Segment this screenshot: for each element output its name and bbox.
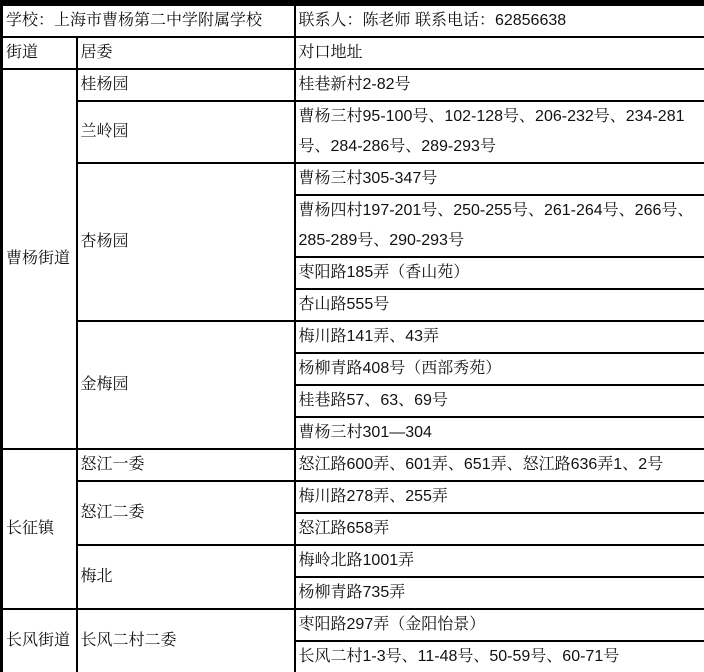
committee-cell: 怒江二委 bbox=[77, 481, 295, 545]
address-cell: 曹杨三村95-100号、102-128号、206-232号、234-281号、2… bbox=[295, 101, 704, 163]
address-cell: 梅川路141弄、43弄 bbox=[295, 321, 704, 353]
address-cell: 梅岭北路1001弄 bbox=[295, 545, 704, 577]
column-header-committee: 居委 bbox=[77, 37, 295, 69]
school-name-cell: 学校：上海市曹杨第二中学附属学校 bbox=[2, 3, 295, 37]
address-cell: 梅川路278弄、255弄 bbox=[295, 481, 704, 513]
table-row: 曹杨街道桂杨园桂巷新村2-82号 bbox=[2, 69, 704, 101]
table-row: 长风街道长风二村二委枣阳路297弄（金阳怡景） bbox=[2, 609, 704, 641]
column-header-street: 街道 bbox=[2, 37, 77, 69]
address-cell: 曹杨三村301—304 bbox=[295, 417, 704, 449]
committee-cell: 杏杨园 bbox=[77, 163, 295, 321]
contact-cell: 联系人：陈老师 联系电话：62856638 bbox=[295, 3, 704, 37]
street-cell: 长征镇 bbox=[2, 449, 77, 609]
committee-cell: 桂杨园 bbox=[77, 69, 295, 101]
committee-cell: 怒江一委 bbox=[77, 449, 295, 481]
address-cell: 杨柳青路408号（西部秀苑） bbox=[295, 353, 704, 385]
address-cell: 曹杨三村305-347号 bbox=[295, 163, 704, 195]
address-cell: 枣阳路297弄（金阳怡景） bbox=[295, 609, 704, 641]
committee-cell: 金梅园 bbox=[77, 321, 295, 449]
column-header-row: 街道 居委 对口地址 bbox=[2, 37, 704, 69]
address-cell: 长风二村1-3号、11-48号、50-59号、60-71号 bbox=[295, 641, 704, 672]
committee-cell: 长风二村二委 bbox=[77, 609, 295, 672]
table-row: 金梅园梅川路141弄、43弄 bbox=[2, 321, 704, 353]
address-cell: 怒江路600弄、601弄、651弄、怒江路636弄1、2号 bbox=[295, 449, 704, 481]
address-cell: 枣阳路185弄（香山苑） bbox=[295, 257, 704, 289]
street-cell: 曹杨街道 bbox=[2, 69, 77, 449]
address-cell: 桂巷路57、63、69号 bbox=[295, 385, 704, 417]
address-cell: 曹杨四村197-201号、250-255号、261-264号、266号、285-… bbox=[295, 195, 704, 257]
info-row: 学校：上海市曹杨第二中学附属学校 联系人：陈老师 联系电话：62856638 bbox=[2, 3, 704, 37]
address-cell: 怒江路658弄 bbox=[295, 513, 704, 545]
table-body: 学校：上海市曹杨第二中学附属学校 联系人：陈老师 联系电话：62856638 街… bbox=[2, 3, 704, 672]
address-cell: 桂巷新村2-82号 bbox=[295, 69, 704, 101]
address-cell: 杏山路555号 bbox=[295, 289, 704, 321]
table-row: 怒江二委梅川路278弄、255弄 bbox=[2, 481, 704, 513]
column-header-address: 对口地址 bbox=[295, 37, 704, 69]
committee-cell: 梅北 bbox=[77, 545, 295, 609]
address-cell: 杨柳青路735弄 bbox=[295, 577, 704, 609]
table-row: 兰岭园曹杨三村95-100号、102-128号、206-232号、234-281… bbox=[2, 101, 704, 163]
table-row: 长征镇怒江一委怒江路600弄、601弄、651弄、怒江路636弄1、2号 bbox=[2, 449, 704, 481]
district-table: 学校：上海市曹杨第二中学附属学校 联系人：陈老师 联系电话：62856638 街… bbox=[0, 0, 704, 672]
committee-cell: 兰岭园 bbox=[77, 101, 295, 163]
table-row: 杏杨园曹杨三村305-347号 bbox=[2, 163, 704, 195]
table-row: 梅北梅岭北路1001弄 bbox=[2, 545, 704, 577]
street-cell: 长风街道 bbox=[2, 609, 77, 672]
